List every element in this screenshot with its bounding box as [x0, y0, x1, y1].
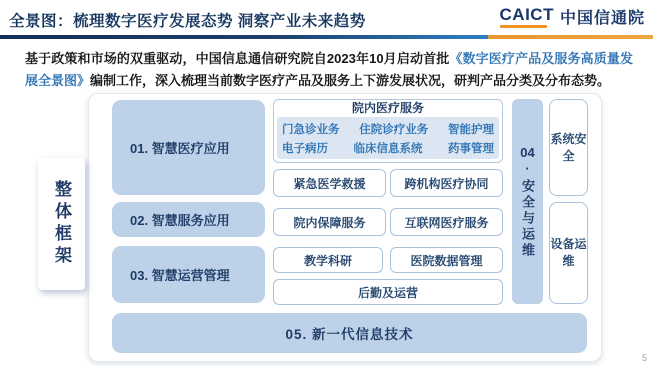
side-label: 整体框架: [49, 180, 74, 268]
slide: 全景图：梳理数字医疗发展态势 洞察产业未来趋势 CAICT 中国信通院 基于政策…: [0, 0, 653, 366]
security-ops-bar: 04 ·安全与运维: [512, 99, 543, 304]
cell-cross-org-collab: 跨机构医疗协同: [390, 169, 503, 197]
divider-blue-segment: [0, 35, 488, 39]
service-item-clinical-info: 临床信息系统: [354, 140, 423, 156]
service-item-outpatient: 门急诊业务: [282, 121, 340, 137]
service-item-smart-nursing: 智能护理: [448, 121, 494, 137]
cell-logistics-ops: 后勤及运营: [273, 279, 503, 305]
cell-hospital-data-mgmt: 医院数据管理: [390, 247, 503, 273]
logo-acronym: CAICT: [500, 6, 554, 24]
cell-device-ops: 设备运维: [549, 202, 588, 304]
service-item-pharmacy: 药事管理: [448, 140, 494, 156]
page-number: 5: [642, 353, 647, 363]
layer-label: 03. 智慧运营管理: [130, 265, 230, 284]
page-title: 全景图：梳理数字医疗发展态势 洞察产业未来趋势: [9, 9, 479, 31]
divider-orange-segment: [488, 35, 653, 39]
intro-paragraph: 基于政策和市场的双重驱动，中国信息通信研究院自2023年10月启动首批《数字医疗…: [25, 48, 633, 92]
bottom-bar-label: 05. 新一代信息技术: [285, 323, 413, 343]
logo-acronym-block: CAICT: [500, 6, 554, 28]
cell-teaching-research: 教学科研: [273, 247, 383, 273]
logo-underline: [500, 25, 548, 28]
bottom-bar-new-gen-it: 05. 新一代信息技术: [112, 313, 587, 353]
hospital-services-row: 电子病历 临床信息系统 药事管理: [282, 140, 494, 156]
caict-logo: CAICT 中国信通院: [500, 5, 645, 28]
header-divider: [0, 35, 653, 39]
cell-emergency-rescue: 紧急医学救援: [273, 169, 386, 197]
layer-box-smart-service: 02. 智慧服务应用: [112, 202, 265, 237]
intro-text-pre: 基于政策和市场的双重驱动，中国信息通信研究院自2023年10月启动首批: [25, 51, 449, 66]
cell-system-security: 系统安全: [549, 99, 588, 196]
intro-text-post: 编制工作，深入梳理当前数字医疗产品及服务上下游发展状况，研判产品分类及分布态势。: [90, 73, 610, 88]
hospital-services-box: 院内医疗服务 门急诊业务 住院诊疗业务 智能护理 电子病历 临床信息系统 药事管…: [273, 99, 503, 163]
logo-name: 中国信通院: [560, 5, 645, 28]
layer-box-smart-medical: 01. 智慧医疗应用: [112, 100, 265, 195]
side-label-card: 整体框架: [38, 158, 85, 290]
hospital-services-row: 门急诊业务 住院诊疗业务 智能护理: [282, 121, 494, 137]
cell-internet-medical: 互联网医疗服务: [390, 208, 503, 236]
hospital-services-items: 门急诊业务 住院诊疗业务 智能护理 电子病历 临床信息系统 药事管理: [277, 117, 499, 159]
service-item-inpatient: 住院诊疗业务: [359, 121, 428, 137]
security-ops-label: ·安全与运维: [518, 161, 537, 259]
cell-in-hospital-support: 院内保障服务: [273, 208, 386, 236]
layer-label: 02. 智慧服务应用: [130, 210, 230, 229]
hospital-services-title: 院内医疗服务: [274, 100, 502, 117]
service-item-emr: 电子病历: [282, 140, 328, 156]
layer-label: 01. 智慧医疗应用: [130, 138, 230, 157]
security-ops-number: 04: [520, 145, 534, 160]
layer-box-smart-operation: 03. 智慧运营管理: [112, 246, 265, 303]
